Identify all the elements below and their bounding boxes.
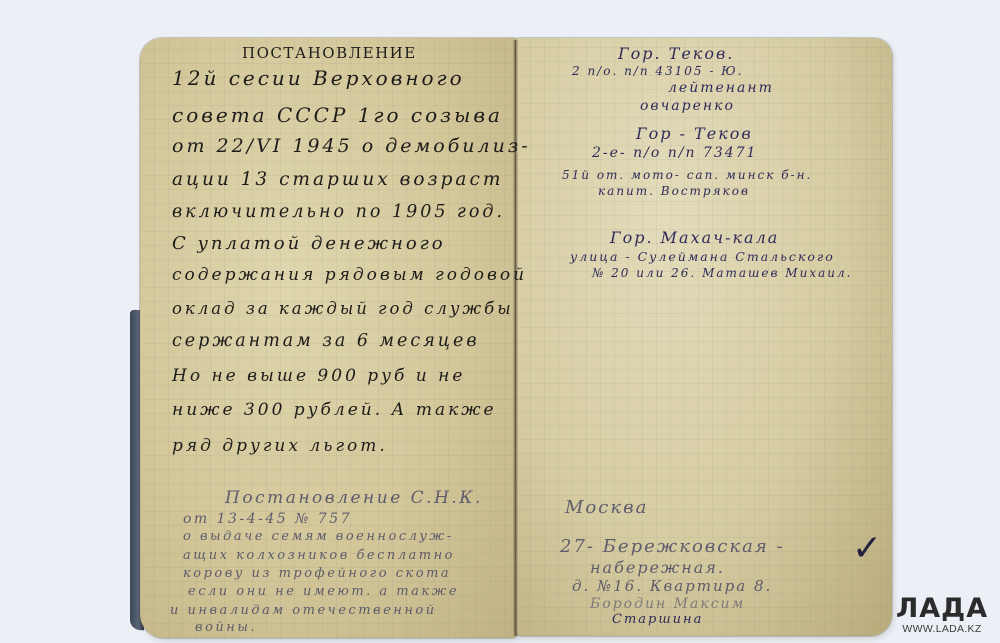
left-line: включительно по 1905 год. <box>172 202 505 222</box>
left-line: Но не выше 900 руб и не <box>172 366 465 386</box>
right-entry-line: улица - Сулеймана Стальского <box>570 249 835 264</box>
left-line: ряд других льгот. <box>172 436 388 456</box>
right-entry-line: набережная. <box>590 558 725 577</box>
right-entry-line: овчаренко <box>640 98 735 114</box>
left-line: ации 13 старших возраст <box>172 169 503 190</box>
left-line: от 22/VI 1945 о демобилиз- <box>172 135 531 157</box>
right-entry-line: лейтенант <box>668 80 774 96</box>
right-entry-line: д. №16. Квартира 8. <box>572 577 772 595</box>
left-line: оклад за каждый год службы <box>172 299 514 318</box>
right-entry-line: Гор - Теков <box>636 124 753 143</box>
left-line: С уплатой денежного <box>172 233 446 254</box>
left-second-line: от 13-4-45 № 757 <box>183 511 352 527</box>
right-entry-line: 2-е- п/о п/п 73471 <box>592 145 757 161</box>
right-entry-line: капит. Востряков <box>598 184 750 198</box>
left-second-line: войны. <box>195 620 257 635</box>
right-entry-line: Гор. Теков. <box>618 44 734 63</box>
left-page-title: ПОСТАНОВЛЕНИЕ <box>242 44 417 62</box>
checkmark-icon: ✓ <box>852 528 882 569</box>
photo-scene: ПОСТАНОВЛЕНИЕ 12й сесии Верховного совет… <box>0 0 1000 643</box>
watermark-url: WWW.LADA.KZ <box>890 623 994 635</box>
left-second-line: о выдаче семям военнослуж- <box>183 529 454 544</box>
right-entry-line: 2 п/о. п/п 43105 - Ю. <box>572 64 743 78</box>
right-entry-line: Москва <box>565 497 648 518</box>
watermark-logo: ЛАДА <box>890 595 994 623</box>
left-line: 12й сесии Верховного <box>172 66 465 90</box>
notebook: ПОСТАНОВЛЕНИЕ 12й сесии Верховного совет… <box>0 0 1000 643</box>
right-entry-line: № 20 или 26. Маташев Михаил. <box>592 266 852 280</box>
right-entry-line: Старшина <box>612 612 703 627</box>
left-line: содержания рядовым годовой <box>172 265 527 285</box>
right-entry-line: Бородин Максим <box>590 596 745 612</box>
right-entry-line: 51й от. мото- сап. минск б-н. <box>562 168 812 182</box>
right-entry-line: Гор. Махач-кала <box>610 228 779 247</box>
lada-watermark: ЛАДА WWW.LADA.KZ <box>890 595 994 635</box>
right-entry-line: 27- Бережковская - <box>560 536 785 557</box>
left-line: сержантам за 6 месяцев <box>172 331 480 351</box>
left-line: совета СССР 1го созыва <box>172 103 503 127</box>
notebook-spine <box>513 40 518 636</box>
left-second-line: корову из трофейного скота <box>183 566 451 581</box>
left-second-line: если они не имеют. а также <box>188 584 459 599</box>
left-second-line: ащих колхозников бесплатно <box>183 548 455 563</box>
left-second-title: Постановление С.Н.К. <box>225 488 483 508</box>
left-second-line: и инвалидам отечественной <box>170 603 437 618</box>
left-line: ниже 300 рублей. А также <box>172 400 497 420</box>
